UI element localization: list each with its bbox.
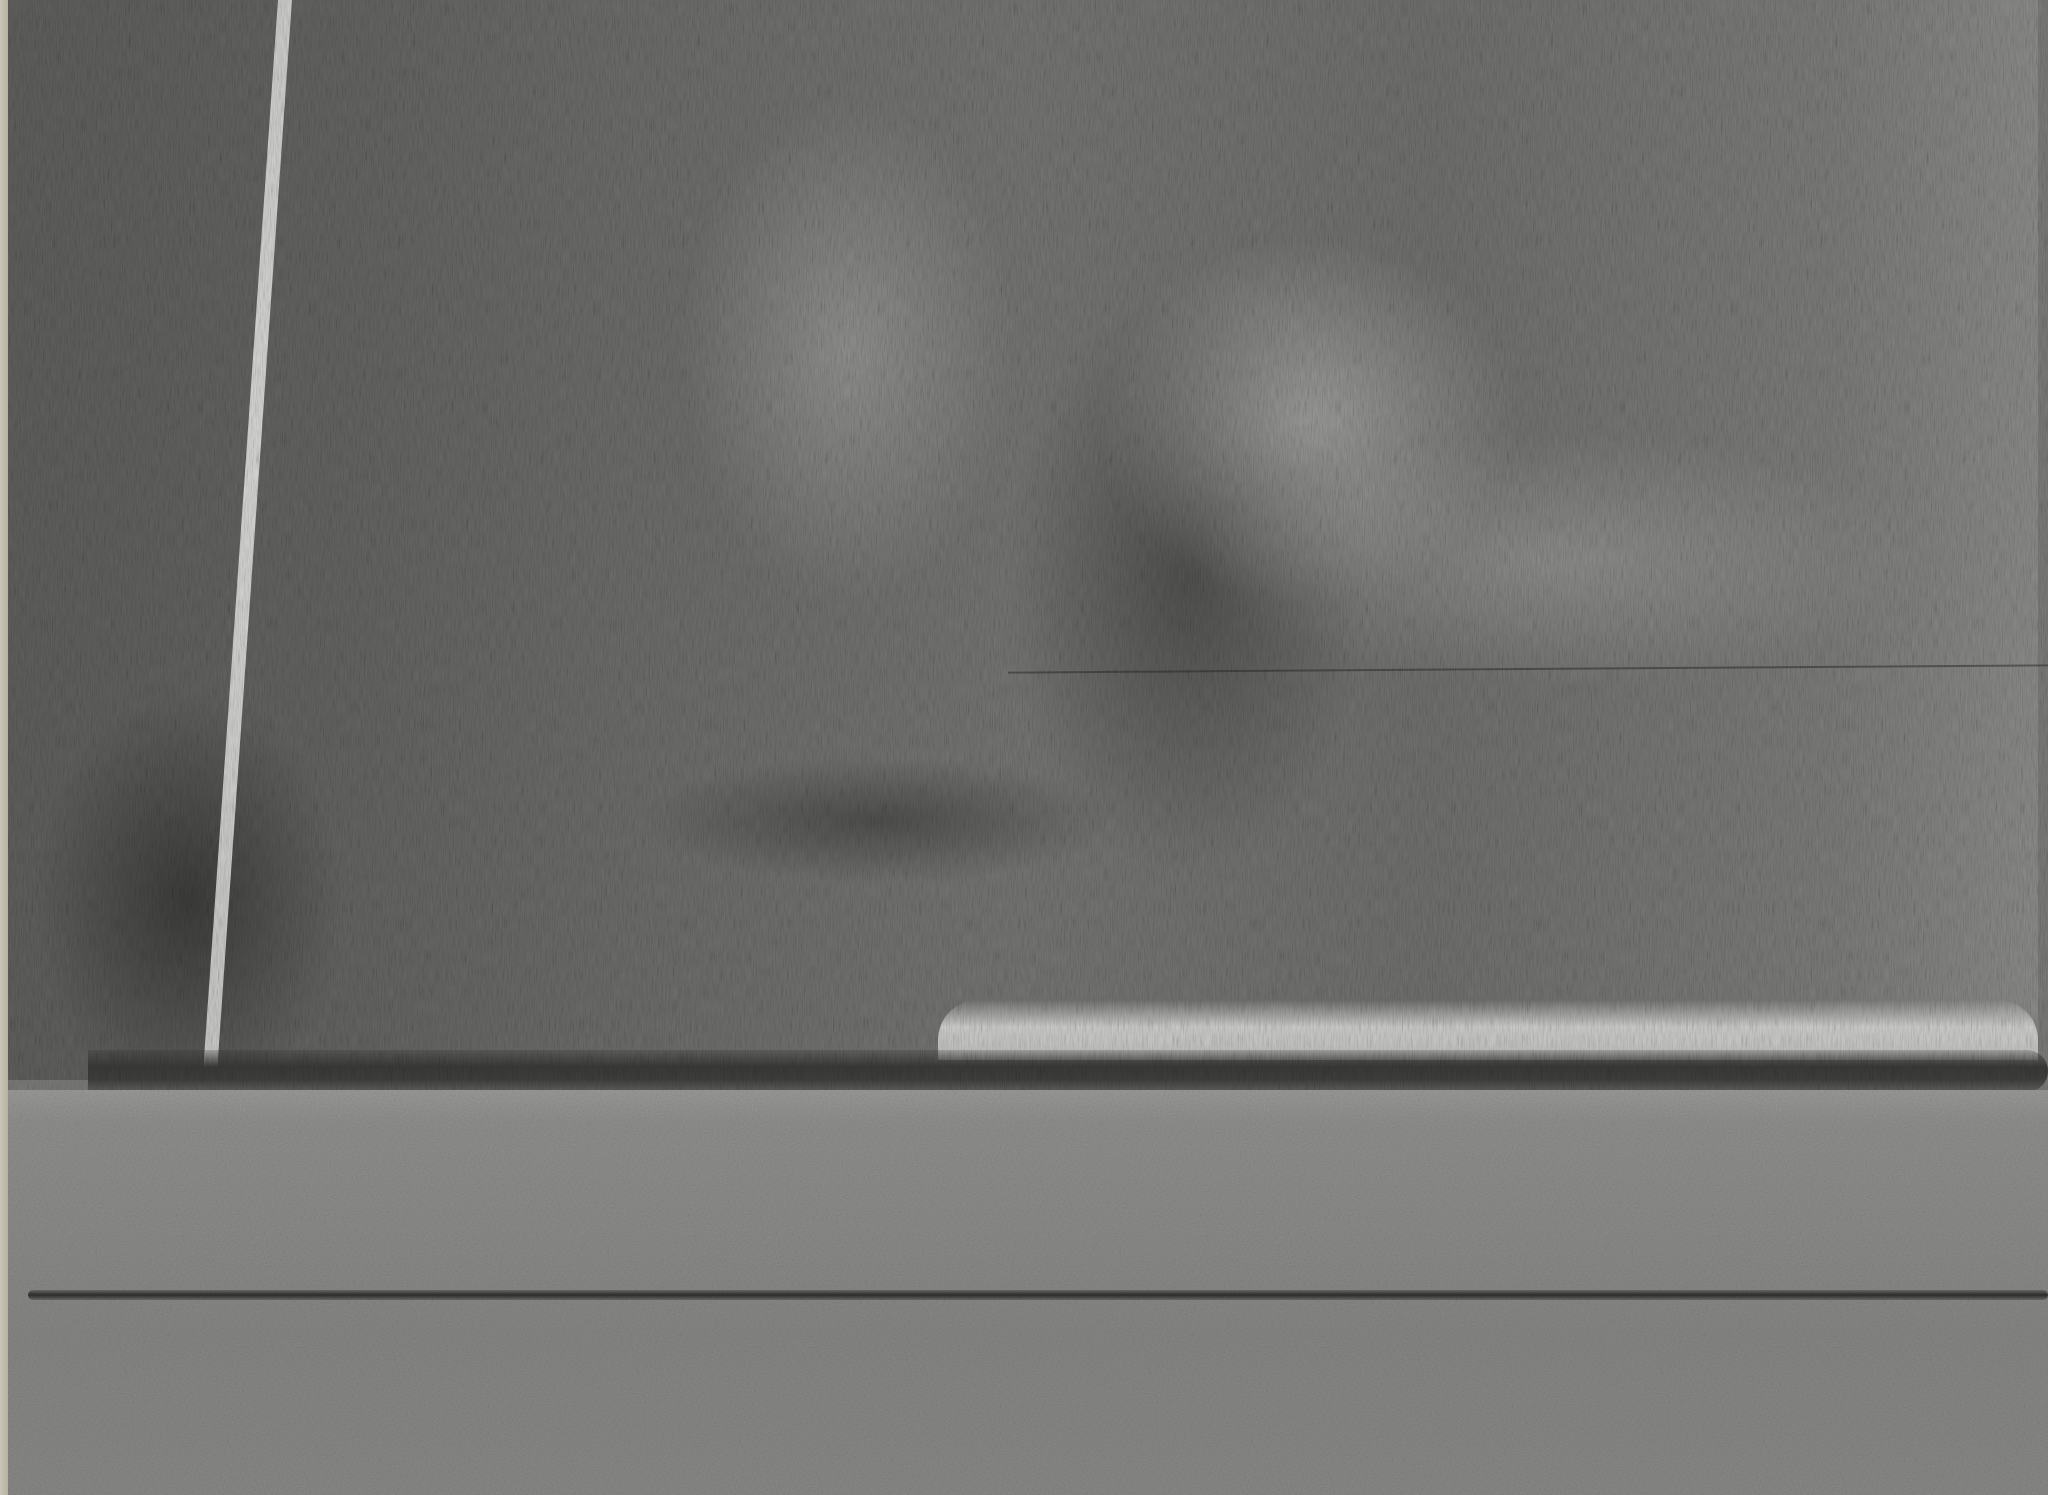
paper-edge: [0, 0, 8, 1495]
pencil-drawing: [8, 0, 2048, 1495]
graphite-texture: [8, 0, 2048, 1495]
